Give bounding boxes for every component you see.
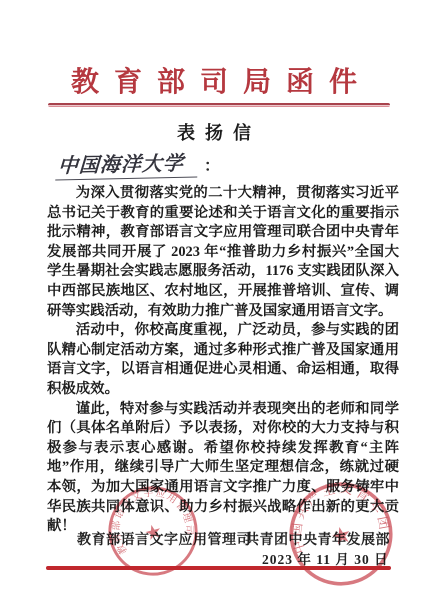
letter-page: 教育部司局函件 表扬信 中国海洋大学： 为深入贯彻落实党的二十大精神，贯彻落实习… xyxy=(0,0,428,612)
letterhead-rule xyxy=(48,103,390,107)
letter-title: 表扬信 xyxy=(0,119,428,145)
paragraph-2: 活动中，你校高度重视，广泛动员，参与实践的团队精心制定活动方案，通过多种形式推广… xyxy=(47,321,399,399)
bottom-rule xyxy=(46,566,391,570)
seal-right-star-icon: ★ xyxy=(329,521,355,550)
recipient-line: 中国海洋大学： xyxy=(56,148,220,179)
recipient-colon: ： xyxy=(204,158,220,175)
seal-left-star-icon: ★ xyxy=(142,521,164,546)
recipient-name-handwritten: 中国海洋大学 xyxy=(55,146,198,180)
letterhead-title: 教育部司局函件 xyxy=(0,60,428,100)
paragraph-1: 为深入贯彻落实党的二十大精神，贯彻落实习近平总书记关于教育的重要论述和关于语言文… xyxy=(47,184,399,321)
